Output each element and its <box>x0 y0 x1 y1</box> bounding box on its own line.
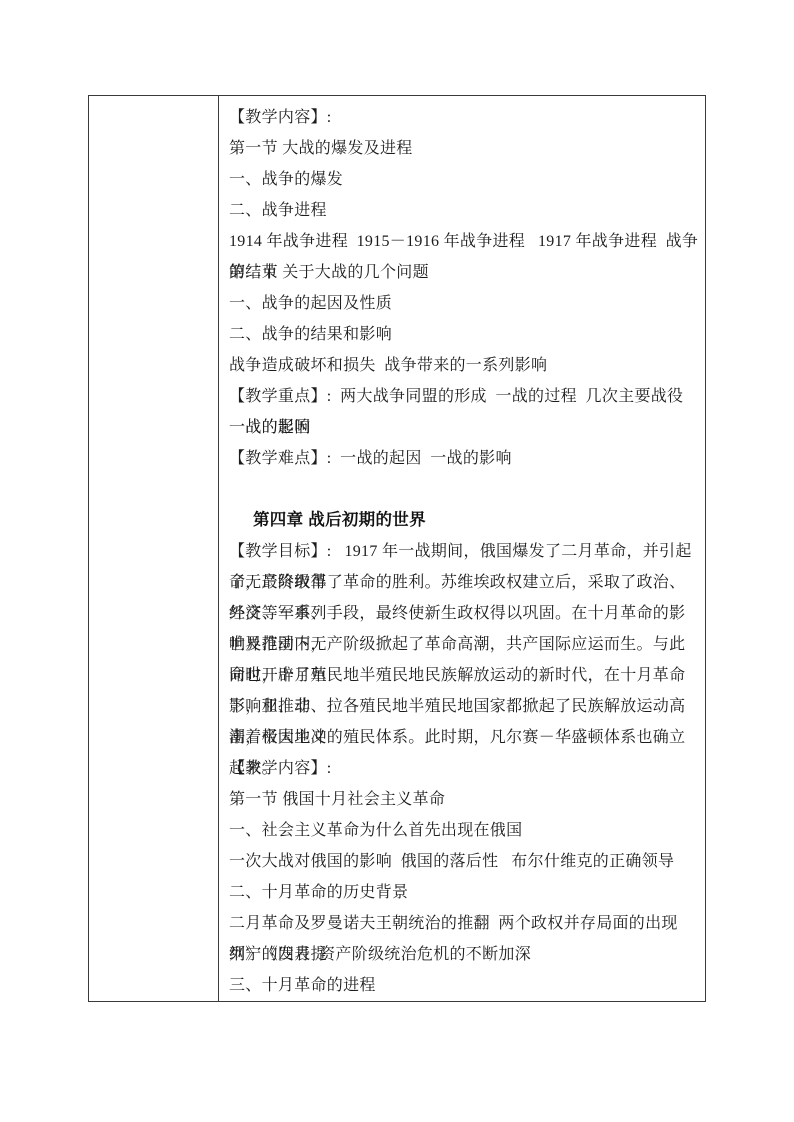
text-line: 二、十月革命的历史背景 <box>229 877 699 908</box>
teaching-keypoints-line: 【教学重点】: 两大战争同盟的形成 一战的过程 几次主要战役 一战的起因 <box>229 381 699 412</box>
teaching-goals-paragraph-line: 世界范围内无产阶级掀起了革命高潮，共产国际应运而生。与此同时，十月革 <box>229 629 699 660</box>
text-line: 纲》的发表 资产阶级统治危机的不断加深 <box>229 939 699 970</box>
document-page: 【教学内容】: 第一节 大战的爆发及进程 一、战争的爆发 二、战争进程 1914… <box>0 0 794 1122</box>
text-line: 1914 年战争进程 1915－1916 年战争进程 1917 年战争进程 战争… <box>229 226 699 257</box>
text-line: 二月革命及罗曼诺夫王朝统治的推翻 两个政权并存局面的出现 列宁《四月提 <box>229 908 699 939</box>
teaching-content-label-1: 【教学内容】: <box>229 102 699 133</box>
teaching-goals-paragraph-line: 命，最终取得了革命的胜利。苏维埃政权建立后，采取了政治、经济、军事、 <box>229 567 699 598</box>
section-2-title: 第二节 关于大战的几个问题 <box>229 257 699 288</box>
table-left-cell <box>89 96 219 1001</box>
text-line: 二、战争进程 <box>229 195 699 226</box>
teaching-goals-paragraph-line: 下，亚、非、拉各殖民地半殖民地国家都掀起了民族解放运动高潮，极大地冲 <box>229 691 699 722</box>
teaching-goals-paragraph-line: 击着帝国主义的殖民体系。此时期，凡尔赛－华盛顿体系也确立起来。 <box>229 722 699 753</box>
text-line: 一、战争的爆发 <box>229 164 699 195</box>
section-1-title: 第一节 大战的爆发及进程 <box>229 133 699 164</box>
teaching-goals-paragraph-line: 命也开辟了殖民地半殖民地民族解放运动的新时代，在十月革命影响和推动 <box>229 660 699 691</box>
text-line: 一次大战对俄国的影响 俄国的落后性 布尔什维克的正确领导 <box>229 846 699 877</box>
chapter-4-heading: 第四章 战后初期的世界 <box>229 505 699 536</box>
table-right-cell: 【教学内容】: 第一节 大战的爆发及进程 一、战争的爆发 二、战争进程 1914… <box>219 96 705 1001</box>
section-1-title-ch4: 第一节 俄国十月社会主义革命 <box>229 784 699 815</box>
content-table: 【教学内容】: 第一节 大战的爆发及进程 一、战争的爆发 二、战争进程 1914… <box>88 95 706 1002</box>
text-line: 二、战争的结果和影响 <box>229 319 699 350</box>
blank-line <box>229 474 699 505</box>
teaching-goals-paragraph-line: 外交等一系列手段，最终使新生政权得以巩固。在十月革命的影响及推动下， <box>229 598 699 629</box>
text-line: 三、十月革命的进程 <box>229 970 699 1001</box>
text-line: 一战的影响 <box>229 412 699 443</box>
text-line: 战争造成破坏和损失 战争带来的一系列影响 <box>229 350 699 381</box>
text-line: 一、战争的起因及性质 <box>229 288 699 319</box>
teaching-content-label-2: 【教学内容】: <box>229 753 699 784</box>
teaching-goals-paragraph-line: 【教学目标】: 1917 年一战期间，俄国爆发了二月革命，并引起了无产阶级革 <box>229 536 699 567</box>
text-line: 一、社会主义革命为什么首先出现在俄国 <box>229 815 699 846</box>
teaching-difficulties-line: 【教学难点】: 一战的起因 一战的影响 <box>229 443 699 474</box>
